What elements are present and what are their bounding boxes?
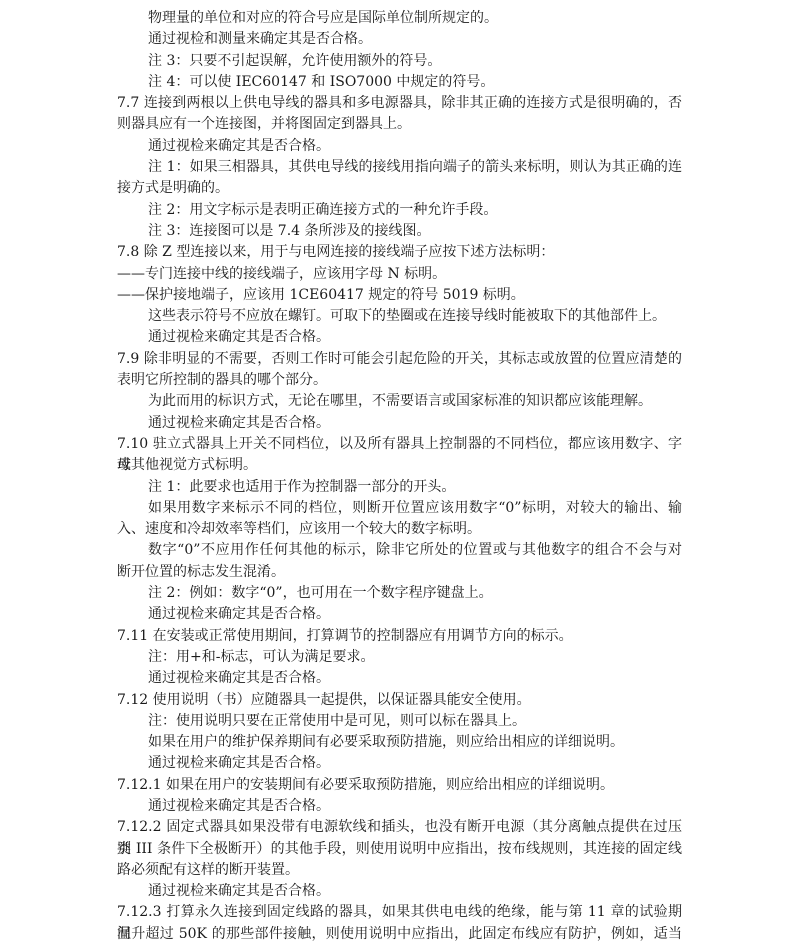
text-line: 别 III 条件下全极断开）的其他手段，则使用说明中应指出，按布线规则，其连接的… bbox=[117, 839, 682, 860]
text-line: 如果在用户的维护保养期间有必要采取预防措施，则应给出相应的详细说明。 bbox=[117, 732, 682, 753]
text-line: 或其他视觉方式标明。 bbox=[117, 455, 682, 476]
text-line: 通过视检来确定其是否合格。 bbox=[117, 327, 682, 348]
text-line: 这些表示符号不应放在螺钉。可取下的垫圈或在连接导线时能被取下的其他部件上。 bbox=[117, 306, 682, 327]
text-line: 通过视检来确定其是否合格。 bbox=[117, 604, 682, 625]
text-line: ——专门连接中线的接线端子，应该用字母 N 标明。 bbox=[117, 264, 682, 285]
text-line: 7.9 除非明显的不需要，否则工作时可能会引起危险的开关，其标志或放置的位置应清… bbox=[117, 349, 682, 370]
text-line: 注 2：用文字标示是表明正确连接方式的一种允许手段。 bbox=[117, 200, 682, 221]
text-line: 断开位置的标志发生混淆。 bbox=[117, 562, 682, 583]
text-line: 物理量的单位和对应的符合号应是国际单位制所规定的。 bbox=[117, 8, 682, 29]
text-line: 通过视检来确定其是否合格。 bbox=[117, 796, 682, 817]
text-line: 通过视检来确定其是否合格。 bbox=[117, 753, 682, 774]
text-line: 注 3：只要不引起误解，允许使用额外的符号。 bbox=[117, 51, 682, 72]
text-line: 7.12.3 打算永久连接到固定线路的器具，如果其供电电线的绝缘，能与第 11 … bbox=[117, 902, 682, 923]
text-line: 接方式是明确的。 bbox=[117, 178, 682, 199]
text-line: 7.12.1 如果在用户的安装期间有必要采取预防措施，则应给出相应的详细说明。 bbox=[117, 775, 682, 796]
text-line: ——保护接地端子，应该用 1CE60417 规定的符号 5019 标明。 bbox=[117, 285, 682, 306]
text-line: 注 3：连接图可以是 7.4 条所涉及的接线图。 bbox=[117, 221, 682, 242]
text-line: 7.10 驻立式器具上开关不同档位，以及所有器具上控制器的不同档位，都应该用数字… bbox=[117, 434, 682, 455]
text-line: 7.7 连接到两根以上供电导线的器具和多电源器具，除非其正确的连接方式是很明确的… bbox=[117, 93, 682, 114]
text-line: 注：使用说明只要在正常使用中是可见，则可以标在器具上。 bbox=[117, 711, 682, 732]
text-line: 注 1：如果三相器具，其供电导线的接线用指向端子的箭头来标明，则认为其正确的连 bbox=[117, 157, 682, 178]
text-line: 则器具应有一个连接图，并将图固定到器具上。 bbox=[117, 114, 682, 135]
text-line: 注：用+和-标志，可认为满足要求。 bbox=[117, 647, 682, 668]
text-line: 7.8 除 Z 型连接以来，用于与电网连接的接线端子应按下述方法标明： bbox=[117, 242, 682, 263]
text-line: 通过视检来确定其是否合格。 bbox=[117, 413, 682, 434]
text-line: 为此而用的标识方式，无论在哪里，不需要语言或国家标准的知识都应该能理解。 bbox=[117, 391, 682, 412]
text-line: 7.12.2 固定式器具如果没带有电源软线和插头，也没有断开电源（其分离触点提供… bbox=[117, 817, 682, 838]
text-line: 通过视检来确定其是否合格。 bbox=[117, 881, 682, 902]
text-line: 注 2：例如：数字“0”，也可用在一个数字程序键盘上。 bbox=[117, 583, 682, 604]
text-line: 注 1：此要求也适用于作为控制器一部分的开头。 bbox=[117, 477, 682, 498]
text-line: 7.12 使用说明（书）应随器具一起提供，以保证器具能安全使用。 bbox=[117, 690, 682, 711]
text-line: 通过视检和测量来确定其是否合格。 bbox=[117, 29, 682, 50]
document-page: 物理量的单位和对应的符合号应是国际单位制所规定的。通过视检和测量来确定其是否合格… bbox=[117, 8, 682, 945]
text-line: 通过视检来确定其是否合格。 bbox=[117, 136, 682, 157]
text-line: 如果用数字来标示不同的档位，则断开位置应该用数字“0”标明，对较大的输出、输 bbox=[117, 498, 682, 519]
text-line: 入、速度和冷却效率等档们，应该用一个较大的数字标明。 bbox=[117, 519, 682, 540]
text-line: 表明它所控制的器具的哪个部分。 bbox=[117, 370, 682, 391]
text-line: 注 4：可以使 IEC60147 和 ISO7000 中规定的符号。 bbox=[117, 72, 682, 93]
text-line: 数字“0”不应用作任何其他的标示，除非它所处的位置或与其他数字的组合不会与对 bbox=[117, 540, 682, 561]
text-line: 7.11 在安装或正常使用期间，打算调节的控制器应有用调节方向的标示。 bbox=[117, 626, 682, 647]
text-line: 温升超过 50K 的那些部件接触，则使用说明中应指出，此固定布线应有防护，例如，… bbox=[117, 924, 682, 945]
text-line: 通过视检来确定其是否合格。 bbox=[117, 668, 682, 689]
text-line: 路必须配有这样的断开装置。 bbox=[117, 860, 682, 881]
